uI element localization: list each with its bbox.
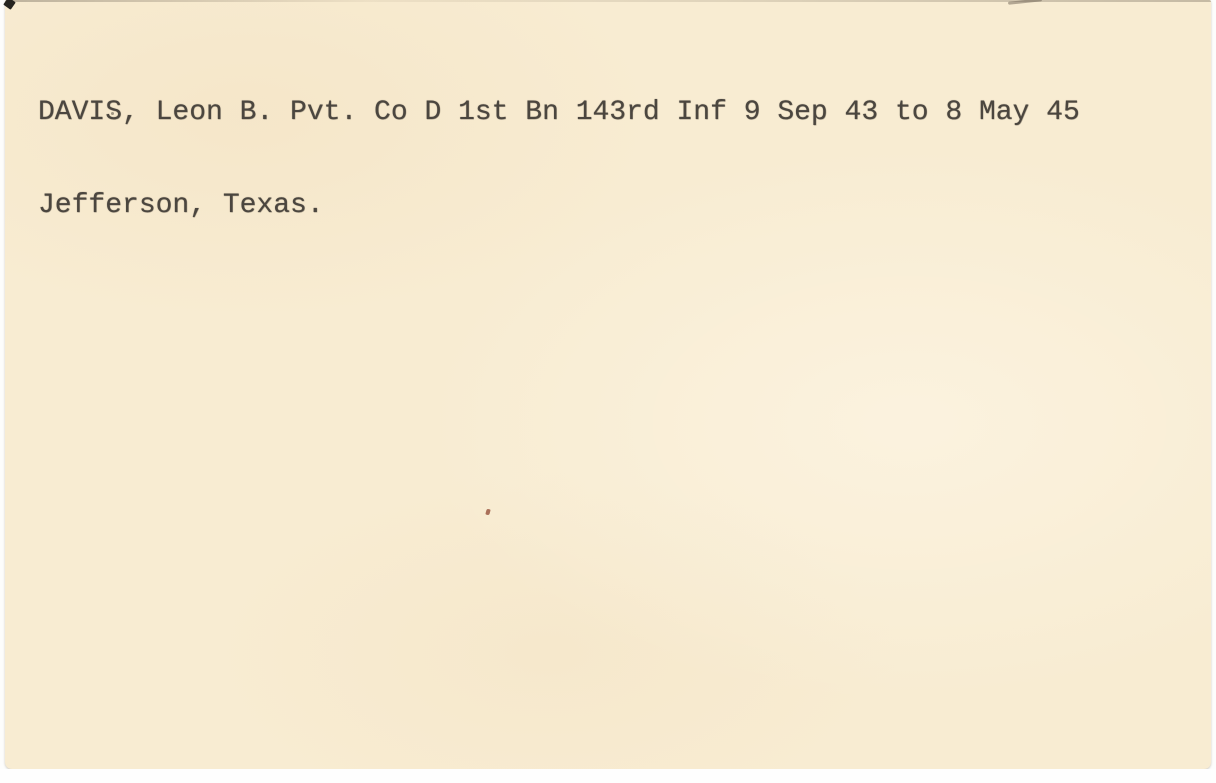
gray-dust-speck — [111, 112, 114, 115]
typed-line-2: Jefferson, Texas. — [38, 190, 1080, 221]
corner-ink-nick — [3, 0, 16, 10]
scan-background: DAVIS, Leon B. Pvt. Co D 1st Bn 143rd In… — [0, 0, 1216, 783]
typewritten-text-block: DAVIS, Leon B. Pvt. Co D 1st Bn 143rd In… — [38, 35, 1080, 283]
index-card: DAVIS, Leon B. Pvt. Co D 1st Bn 143rd In… — [5, 0, 1211, 769]
scratch-mark — [1008, 0, 1042, 5]
typed-line-1: DAVIS, Leon B. Pvt. Co D 1st Bn 143rd In… — [38, 97, 1080, 128]
scanner-bottom-margin — [0, 769, 1216, 783]
red-ink-speck — [485, 509, 490, 516]
